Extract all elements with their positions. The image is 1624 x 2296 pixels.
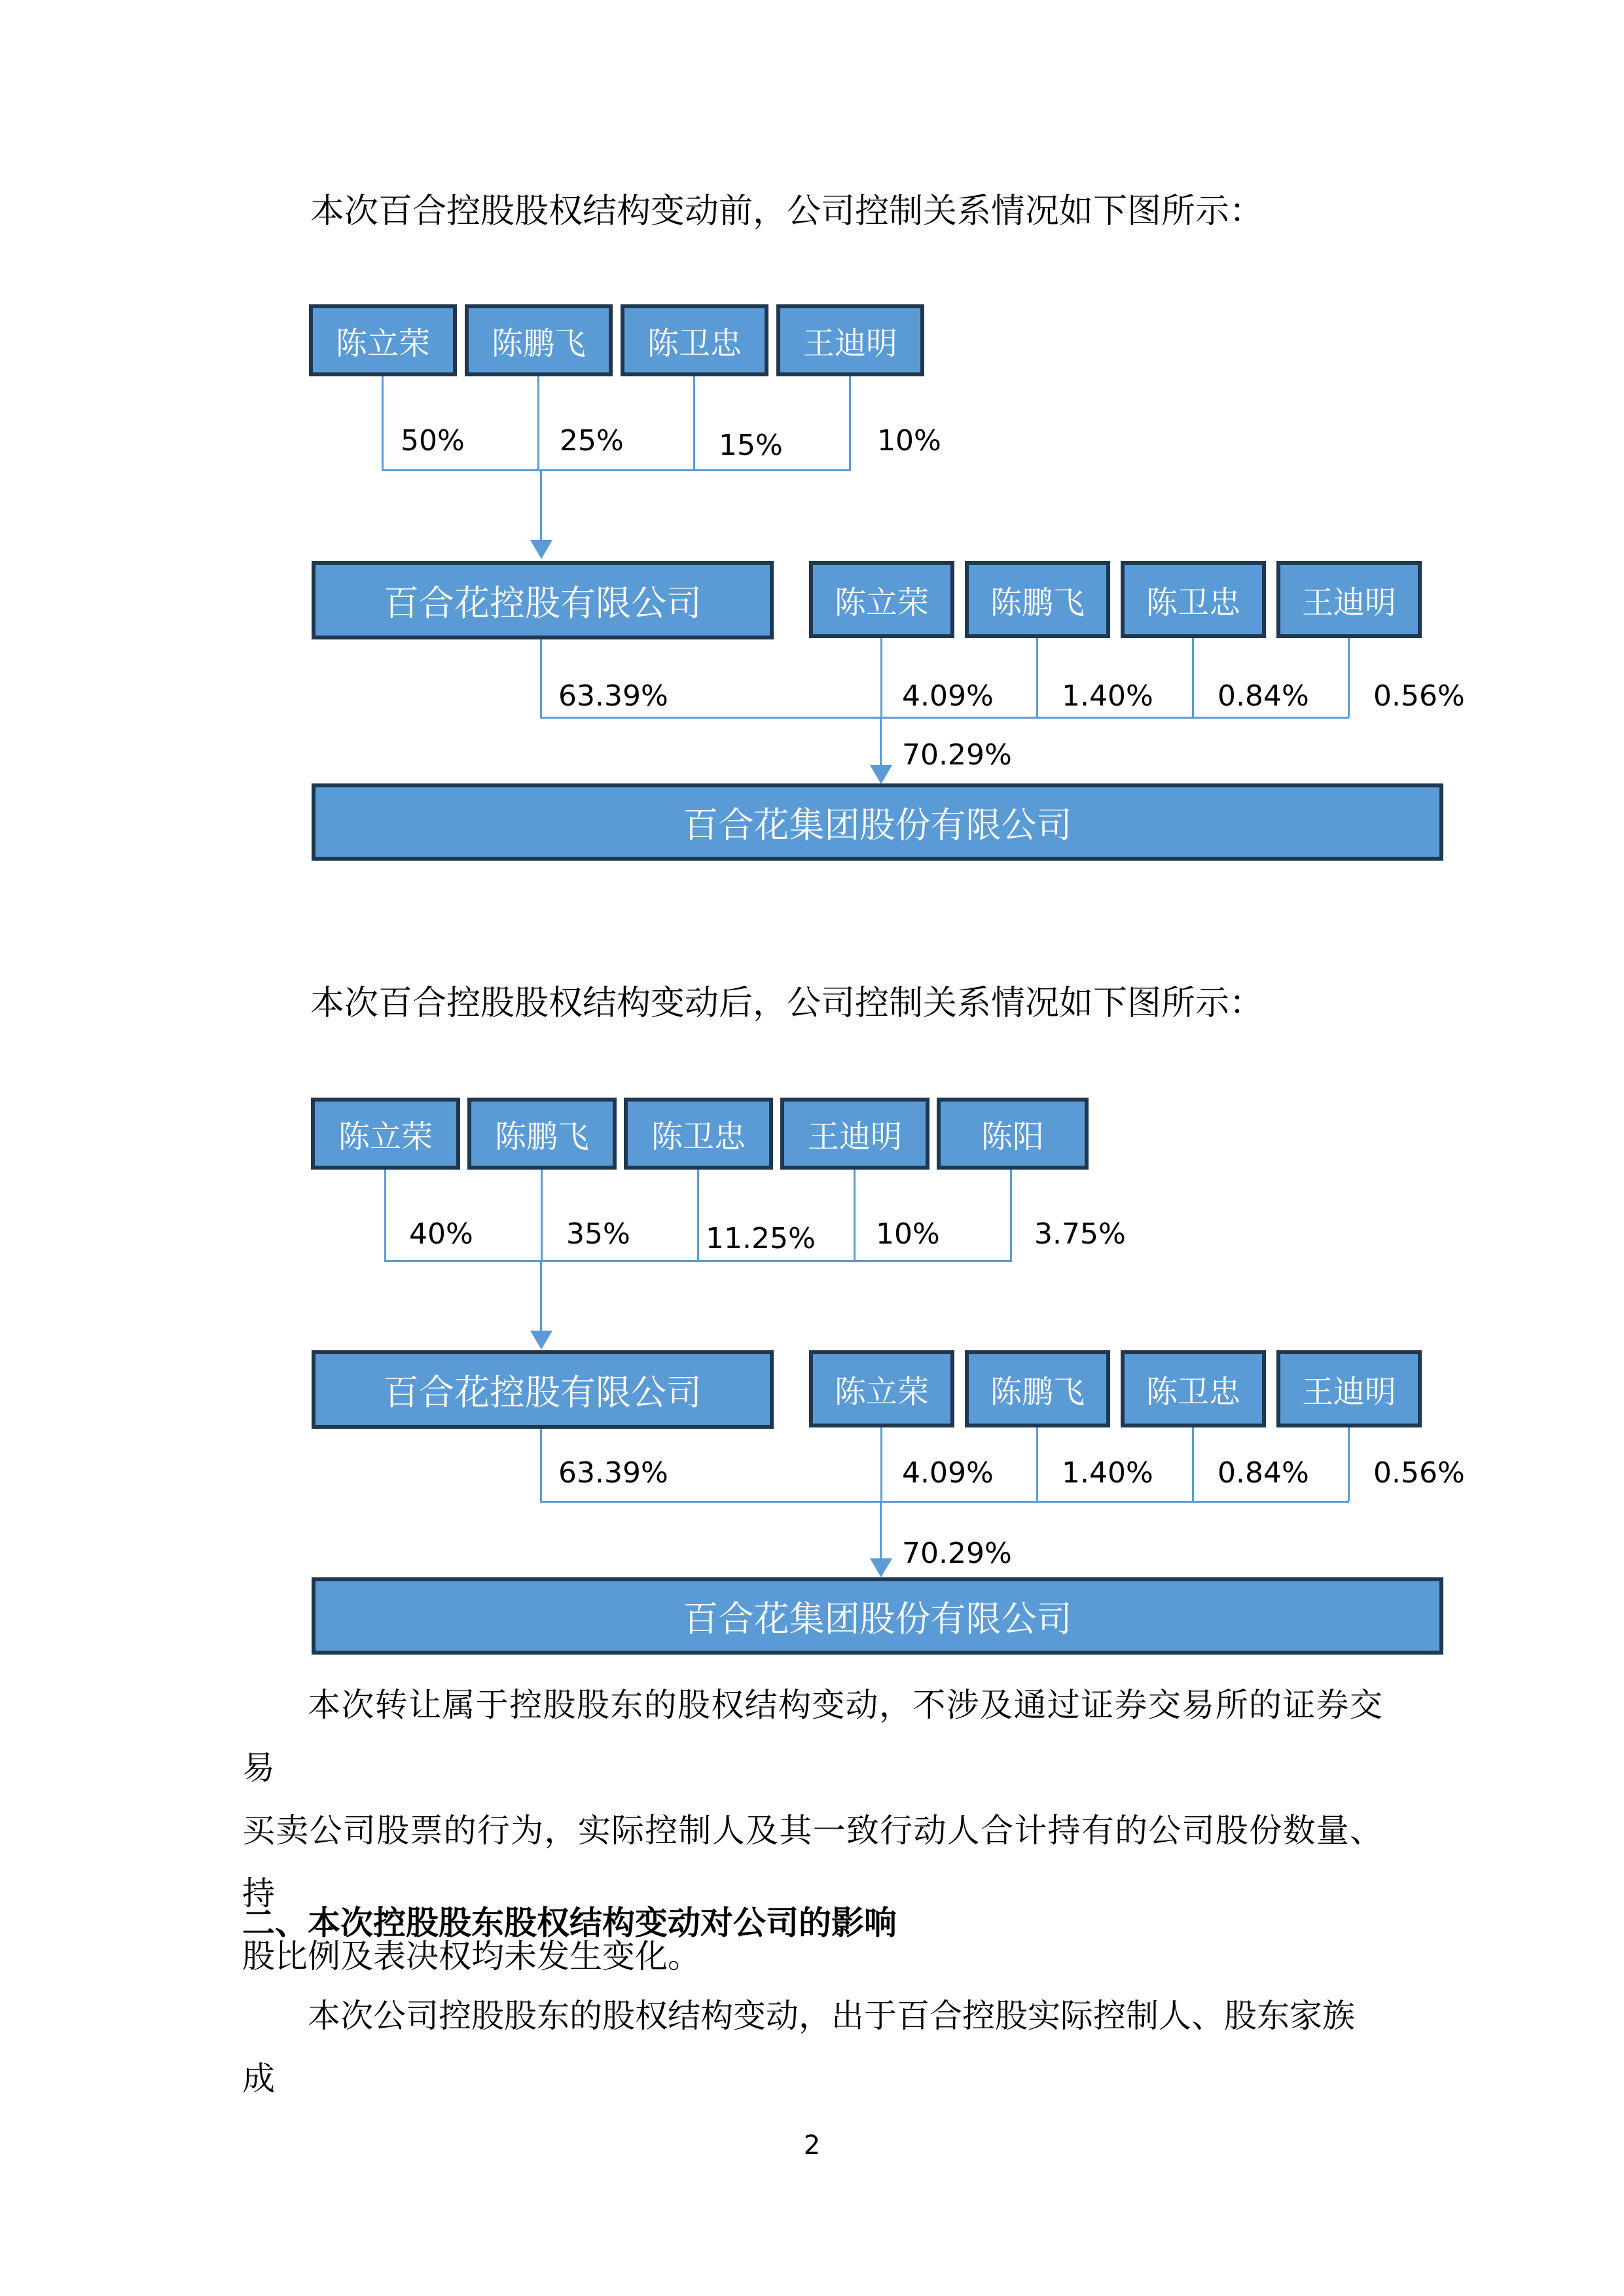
shareholder-name: 陈卫忠 xyxy=(647,318,742,363)
connector-line xyxy=(1036,638,1038,717)
direct-shareholder-box: 王迪明 xyxy=(1276,561,1422,638)
shareholder-name: 陈卫忠 xyxy=(1146,1367,1240,1412)
connector-line xyxy=(880,638,882,717)
shareholder-name: 陈鹏飞 xyxy=(990,577,1085,622)
connector-line xyxy=(880,1501,882,1559)
connector-line xyxy=(1036,1427,1038,1501)
ownership-percent-label: 63.39% xyxy=(558,679,668,713)
connector-line xyxy=(880,717,882,766)
connector-line xyxy=(697,1170,699,1260)
direct-shareholder-box: 陈立荣 xyxy=(809,1350,954,1427)
connector-line xyxy=(540,639,542,717)
holding-company-box: 百合花控股有限公司 xyxy=(312,1350,774,1429)
connector-line xyxy=(540,1429,542,1501)
arrow-down-icon xyxy=(530,1331,552,1350)
connector-line xyxy=(384,1170,386,1260)
ownership-percent-label: 1.40% xyxy=(1062,679,1153,713)
shareholder-box: 陈立荣 xyxy=(311,1098,460,1170)
page-number: 2 xyxy=(0,2130,1624,2161)
shareholder-name: 王迪明 xyxy=(808,1111,902,1157)
shareholder-name: 陈鹏飞 xyxy=(492,318,586,363)
shareholder-box: 王迪明 xyxy=(776,304,924,376)
listed-company-box: 百合花集团股份有限公司 xyxy=(312,783,1443,861)
shareholder-name: 陈卫忠 xyxy=(1146,577,1240,622)
shareholder-box: 陈鹏飞 xyxy=(467,1098,617,1170)
ownership-percent-label: 15% xyxy=(719,429,783,462)
listed-company-box: 百合花集团股份有限公司 xyxy=(312,1577,1443,1655)
shareholder-name: 陈鹏飞 xyxy=(495,1111,589,1157)
paragraph-impact: 本次公司控股股东的股权结构变动，出于百合控股实际控制人、股东家族成 xyxy=(242,1984,1382,2110)
ownership-percent-label: 63.39% xyxy=(558,1456,668,1490)
connector-line xyxy=(854,1170,856,1260)
shareholder-name: 陈立荣 xyxy=(835,577,929,622)
connector-line xyxy=(880,1427,882,1501)
company-name: 百合花控股有限公司 xyxy=(384,575,702,626)
connector-line xyxy=(540,717,1349,719)
shareholder-box: 陈鹏飞 xyxy=(465,304,613,376)
ownership-percent-label: 0.84% xyxy=(1218,1456,1309,1490)
holding-company-box: 百合花控股有限公司 xyxy=(312,561,774,639)
connector-line xyxy=(1348,1427,1350,1501)
shareholder-box: 陈立荣 xyxy=(309,304,457,376)
connector-line xyxy=(693,376,695,469)
combined-percent-label: 70.29% xyxy=(902,1537,1012,1570)
shareholder-box: 陈卫忠 xyxy=(621,304,768,376)
company-name: 百合花集团股份有限公司 xyxy=(683,1591,1072,1641)
arrow-down-icon xyxy=(530,540,552,559)
ownership-percent-label: 25% xyxy=(560,424,624,457)
shareholder-name: 王迪明 xyxy=(803,318,897,363)
ownership-percent-label: 0.56% xyxy=(1373,1456,1465,1490)
paragraph-line: 本次转让属于控股股东的股权结构变动，不涉及通过证券交易所的证券交易 xyxy=(242,1674,1382,1799)
ownership-diagram-before: 陈立荣 陈鹏飞 陈卫忠 王迪明 50% 25% 15% 10% 百合花控股有限公… xyxy=(0,301,1624,864)
shareholder-name: 陈卫忠 xyxy=(651,1111,746,1157)
direct-shareholder-box: 陈鹏飞 xyxy=(965,1350,1110,1427)
intro-after-text: 本次百合控股股权结构变动后，公司控制关系情况如下图所示： xyxy=(242,983,1407,1024)
direct-shareholder-box: 陈鹏飞 xyxy=(965,561,1110,638)
combined-percent-label: 70.29% xyxy=(902,738,1012,772)
connector-line xyxy=(382,469,851,471)
shareholder-name: 王迪明 xyxy=(1302,577,1396,622)
ownership-percent-label: 35% xyxy=(566,1217,630,1251)
ownership-percent-label: 1.40% xyxy=(1062,1456,1153,1490)
shareholder-name: 陈阳 xyxy=(981,1111,1044,1157)
ownership-percent-label: 4.09% xyxy=(902,679,994,713)
connector-line xyxy=(1192,1427,1194,1501)
ownership-diagram-after: 陈立荣 陈鹏飞 陈卫忠 王迪明 陈阳 40% 35% 11.25% 10% 3.… xyxy=(0,1093,1624,1656)
shareholder-name: 陈立荣 xyxy=(835,1367,929,1412)
connector-line xyxy=(849,376,851,469)
ownership-percent-label: 11.25% xyxy=(706,1222,816,1255)
connector-line xyxy=(537,376,539,469)
document-page: 本次百合控股股权结构变动前，公司控制关系情况如下图所示： 陈立荣 陈鹏飞 陈卫忠… xyxy=(0,0,1624,2296)
company-name: 百合花控股有限公司 xyxy=(384,1365,702,1415)
shareholder-name: 陈立荣 xyxy=(338,1111,433,1157)
ownership-percent-label: 0.56% xyxy=(1373,679,1465,713)
ownership-percent-label: 10% xyxy=(877,424,941,457)
shareholder-name: 陈鹏飞 xyxy=(990,1367,1085,1412)
connector-line xyxy=(1010,1170,1012,1260)
connector-line xyxy=(1192,638,1194,717)
ownership-percent-label: 0.84% xyxy=(1218,679,1309,713)
connector-line xyxy=(540,1260,542,1332)
connector-line xyxy=(384,1260,1012,1262)
ownership-percent-label: 50% xyxy=(401,424,465,457)
shareholder-name: 王迪明 xyxy=(1302,1367,1396,1412)
arrow-down-icon xyxy=(870,765,892,784)
direct-shareholder-box: 陈立荣 xyxy=(809,561,954,638)
shareholder-box: 陈卫忠 xyxy=(624,1098,773,1170)
shareholder-name: 陈立荣 xyxy=(336,318,430,363)
ownership-percent-label: 3.75% xyxy=(1034,1217,1126,1251)
direct-shareholder-box: 王迪明 xyxy=(1276,1350,1422,1427)
connector-line xyxy=(540,469,542,541)
connector-line xyxy=(541,1170,543,1260)
connector-line xyxy=(1348,638,1350,717)
shareholder-box: 王迪明 xyxy=(780,1098,929,1170)
intro-before-text: 本次百合控股股权结构变动前，公司控制关系情况如下图所示： xyxy=(242,191,1407,232)
connector-line xyxy=(540,1501,1349,1503)
direct-shareholder-box: 陈卫忠 xyxy=(1121,561,1266,638)
company-name: 百合花集团股份有限公司 xyxy=(683,797,1072,848)
shareholder-box: 陈阳 xyxy=(937,1098,1089,1170)
connector-line xyxy=(382,376,384,469)
direct-shareholder-box: 陈卫忠 xyxy=(1121,1350,1266,1427)
ownership-percent-label: 4.09% xyxy=(902,1456,994,1490)
ownership-percent-label: 40% xyxy=(409,1217,473,1251)
ownership-percent-label: 10% xyxy=(876,1217,940,1251)
section-heading: 二、本次控股股东股权结构变动对公司的影响 xyxy=(242,1903,1420,1943)
arrow-down-icon xyxy=(870,1558,892,1577)
